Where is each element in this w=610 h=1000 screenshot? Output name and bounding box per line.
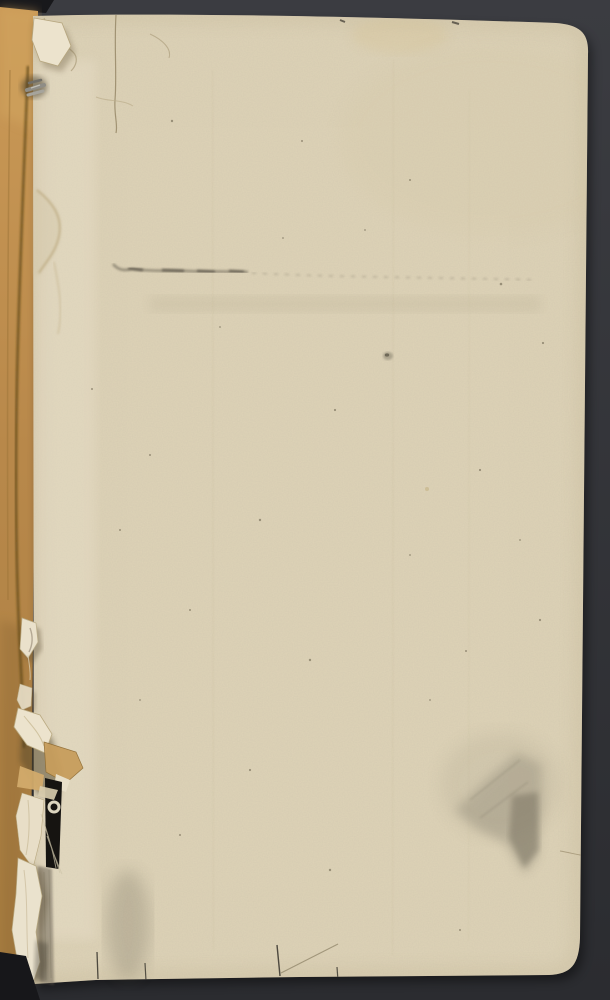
binding-highlight: [0, 7, 38, 130]
book-scan-image: [0, 0, 610, 1000]
bottom-shadow-blob: [106, 870, 150, 980]
page-surface: [30, 8, 610, 988]
ink-spot: [383, 352, 393, 360]
staple: [21, 76, 47, 98]
scanned-page-canvas: [0, 0, 610, 1000]
smudge-ghost-band: [150, 296, 540, 312]
top-edge-stain: [352, 17, 448, 53]
